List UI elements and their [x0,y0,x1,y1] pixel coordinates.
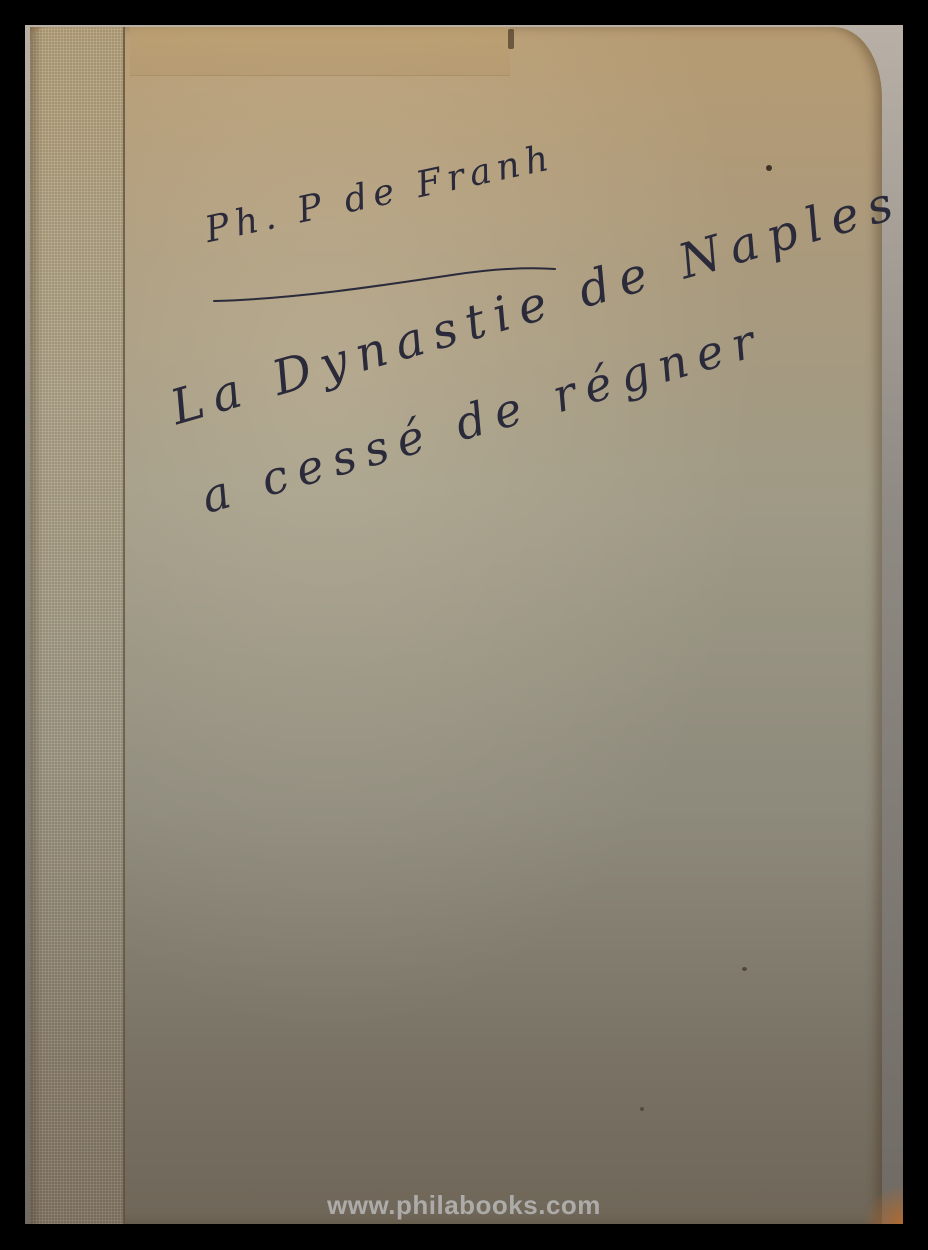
spine-edge-shadow [30,27,42,1224]
top-tape-strip [130,27,510,76]
photo-frame [25,25,903,1224]
watermark-text: www.philabooks.com [0,1190,928,1221]
book-cover [30,27,882,1224]
stain-spot [742,967,747,971]
tape-tear [508,29,514,49]
stain-spot [640,1107,644,1111]
spine-cloth-strip [30,27,125,1224]
spine-seam [123,27,125,1224]
stain-spot [766,165,772,171]
